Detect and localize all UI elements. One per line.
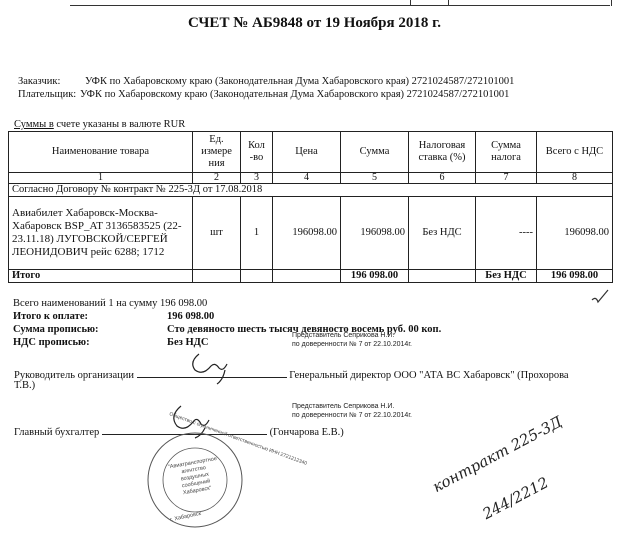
col-header-total: Всего с НДС — [537, 132, 613, 173]
item-tax-sum: ---- — [476, 197, 537, 270]
currency-note: Суммы в счете указаны в валюте RUR — [14, 119, 185, 130]
item-tax-rate: Без НДС — [409, 197, 476, 270]
total-tax: Без НДС — [476, 270, 537, 283]
proxy-stamp-2: Представитель Сеприкова Н.И. по доверенн… — [292, 402, 412, 420]
director-signature-icon — [185, 350, 235, 388]
sum-in-words-label: Сумма прописью: — [13, 324, 99, 335]
column-numbers-row: 1 2 3 4 5 6 7 8 — [9, 173, 613, 184]
col-header-price: Цена — [273, 132, 341, 173]
contract-row: Согласно Договору № контракт № 225-3Д от… — [9, 184, 613, 197]
col-header-name: Наименование товара — [9, 132, 193, 173]
col-header-sum: Сумма — [341, 132, 409, 173]
col-header-tax-sum: Сумма налога — [476, 132, 537, 173]
payer-label: Плательщик: — [18, 89, 80, 100]
to-pay-value: 196 098.00 — [167, 311, 214, 322]
invoice-title: СЧЕТ № АБ9848 от 19 Ноября 2018 г. — [0, 15, 629, 32]
company-seal: "Авиатранспортное агентство воздушных со… — [145, 430, 245, 530]
col-header-qty: Кол -во — [241, 132, 273, 173]
total-row: Итого 196 098.00 Без НДС 196 098.00 — [9, 270, 613, 283]
previous-table-fragment — [0, 0, 629, 6]
director-name-continuation: Т.В.) — [14, 380, 35, 391]
customer-label: Заказчик: — [18, 76, 85, 87]
item-sum: 196098.00 — [341, 197, 409, 270]
col-header-tax-rate: Налоговая ставка (%) — [409, 132, 476, 173]
total-sum: 196 098.00 — [341, 270, 409, 283]
director-signature-line: Руководитель организации Генеральный дир… — [14, 368, 569, 381]
item-qty: 1 — [241, 197, 273, 270]
check-mark-icon — [590, 288, 612, 306]
to-pay-label: Итого к оплате: — [13, 311, 88, 322]
item-name: Авиабилет Хабаровск-Москва-Хабаровск BSP… — [9, 197, 193, 270]
item-price: 196098.00 — [273, 197, 341, 270]
customer-value: УФК по Хабаровскому краю (Законодательна… — [85, 76, 514, 87]
proxy-stamp-1: Представитель Сеприкова Н.И. по доверенн… — [292, 331, 412, 349]
items-count-line: Всего наименований 1 на сумму 196 098.00 — [13, 298, 207, 309]
vat-in-words-value: Без НДС — [167, 337, 208, 348]
payer-value: УФК по Хабаровскому краю (Законодательна… — [80, 89, 509, 100]
director-title: Генеральный директор ООО "АТА ВС Хабаров… — [289, 370, 568, 381]
total-label: Итого — [9, 270, 193, 283]
table-header-row: Наименование товара Ед. измере ния Кол -… — [9, 132, 613, 173]
handwritten-note-line2: 244/2212 — [480, 473, 552, 523]
col-header-unit: Ед. измере ния — [193, 132, 241, 173]
vat-in-words-label: НДС прописью: — [13, 337, 90, 348]
payer-line: Плательщик:УФК по Хабаровскому краю (Зак… — [18, 89, 509, 100]
item-total: 196098.00 — [537, 197, 613, 270]
total-with-vat: 196 098.00 — [537, 270, 613, 283]
accountant-label: Главный бухгалтер — [14, 427, 99, 438]
customer-line: Заказчик:УФК по Хабаровскому краю (Закон… — [18, 76, 514, 87]
contract-reference: Согласно Договору № контракт № 225-3Д от… — [9, 184, 613, 197]
table-row: Авиабилет Хабаровск-Москва-Хабаровск BSP… — [9, 197, 613, 270]
accountant-name: (Гончарова Е.В.) — [270, 427, 344, 438]
item-unit: шт — [193, 197, 241, 270]
invoice-table: Наименование товара Ед. измере ния Кол -… — [8, 131, 613, 283]
